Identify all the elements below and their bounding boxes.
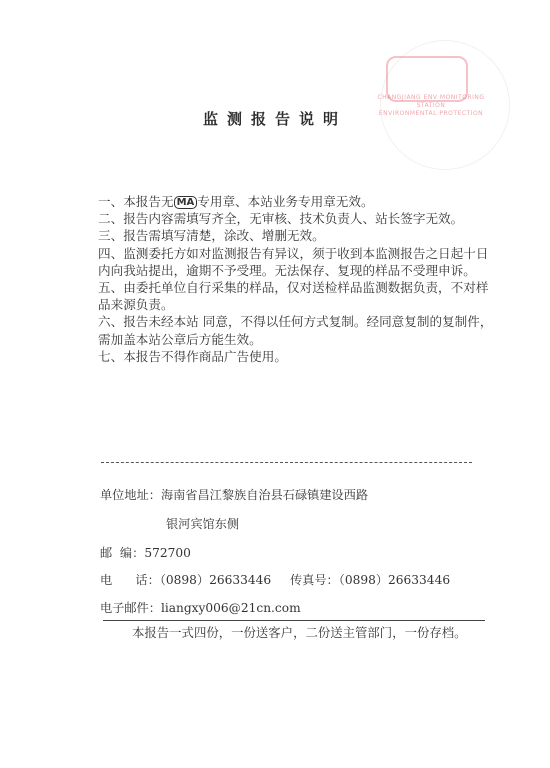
fax-value: （0898）26633446 bbox=[339, 573, 450, 587]
note-item: 五、由委托单位自行采集的样品，仅对送检样品监测数据负责，不对样品来源负责。 bbox=[98, 279, 498, 313]
cma-mark-icon: MA bbox=[174, 196, 198, 209]
address-row: 单位地址：海南省昌江黎族自治县石碌镇建设西路 bbox=[100, 486, 368, 503]
phone-label: 电 话： bbox=[100, 573, 160, 587]
footer-note: 本报告一式四份，一份送客户，二份送主管部门，一份存档。 bbox=[132, 623, 467, 641]
note-item: 一、本报告无MA专用章、本站业务专用章无效。 bbox=[98, 193, 498, 210]
email-row: 电子邮件：liangxy006@21cn.com bbox=[100, 599, 301, 616]
page-title: 监测报告说明 bbox=[0, 108, 550, 129]
phone-row: 电 话：（0898）26633446 bbox=[100, 571, 271, 588]
address-line1: 海南省昌江黎族自治县石碌镇建设西路 bbox=[161, 488, 368, 502]
phone-value: （0898）26633446 bbox=[160, 573, 271, 587]
postcode-row: 邮 编：572700 bbox=[100, 544, 191, 561]
notes-list: 一、本报告无MA专用章、本站业务专用章无效。 二、报告内容需填写齐全，无审核、技… bbox=[98, 193, 498, 365]
postcode-label: 邮 编： bbox=[100, 546, 144, 560]
postcode-value: 572700 bbox=[144, 546, 191, 560]
fax-row: 传真号：（0898）26633446 bbox=[290, 571, 450, 588]
note-1-prefix: 一、本报告无 bbox=[98, 194, 174, 209]
note-item: 六、报告未经本站 同意，不得以任何方式复制。经同意复制的复制件，需加盖本站公章后… bbox=[98, 313, 498, 347]
note-item: 二、报告内容需填写齐全，无审核、技术负责人、站长签字无效。 bbox=[98, 210, 498, 227]
note-item: 七、本报告不得作商品广告使用。 bbox=[98, 348, 498, 365]
fax-label: 传真号： bbox=[290, 573, 339, 587]
address-line2: 银河宾馆东侧 bbox=[166, 515, 239, 532]
email-label: 电子邮件： bbox=[100, 601, 161, 615]
note-item: 四、监测委托方如对监测报告有异议，须于收到本监测报告之日起十日内向我站提出，逾期… bbox=[98, 245, 498, 279]
solid-divider bbox=[103, 620, 485, 621]
email-value: liangxy006@21cn.com bbox=[161, 601, 301, 615]
note-1-suffix: 专用章、本站业务专用章无效。 bbox=[197, 194, 373, 209]
note-item: 三、报告需填写清楚，涂改、增删无效。 bbox=[98, 227, 498, 244]
address-label: 单位地址： bbox=[100, 488, 161, 502]
dashed-divider bbox=[101, 462, 472, 463]
